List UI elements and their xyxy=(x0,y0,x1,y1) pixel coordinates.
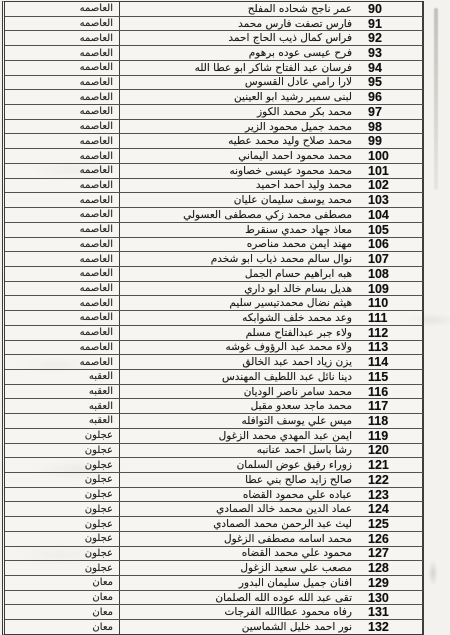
row-number-cell: 106 xyxy=(356,238,423,252)
row-number-cell: 103 xyxy=(356,193,423,207)
row-number-cell: 91 xyxy=(356,17,423,31)
row-number-cell: 130 xyxy=(356,591,423,605)
person-name-cell: هبه ابراهيم حسام الجمل xyxy=(119,267,356,281)
table-row: 97محمد بكر محمد الكوزالعاصمه xyxy=(5,105,423,120)
row-number-cell: 100 xyxy=(356,149,423,163)
region-name-cell: عجلون xyxy=(5,561,119,575)
person-name-cell: نوال سالم محمد ذياب ابو شخدم xyxy=(119,252,356,266)
table-row: 126محمد اسامه مصطفى الزغولعجلون xyxy=(5,532,423,547)
region-name-cell: العاصمه xyxy=(5,179,119,193)
table-row: 92فراس كمال ذيب الحاج احمدالعاصمه xyxy=(5,31,423,46)
row-number-cell: 104 xyxy=(356,208,423,222)
person-name-cell: فرح عيسى عوده برهوم xyxy=(119,46,356,60)
region-name-cell: العقبه xyxy=(5,399,119,413)
person-name-cell: فرسان عبد الفتاح شاكر ابو عطا الله xyxy=(119,61,356,75)
region-name-cell: العاصمه xyxy=(5,355,119,369)
table-row: 104مصطفى محمد زكي مصطفى العسوليالعاصمه xyxy=(5,208,423,223)
region-name-cell: العاصمه xyxy=(5,2,119,16)
scanned-page: 90عمر ناجح شحاده المفلحالعاصمه91فارس تصف… xyxy=(0,0,450,635)
person-name-cell: وعد محمد خلف الشوابكه xyxy=(119,311,356,325)
row-number-cell: 101 xyxy=(356,164,423,178)
table-row: 115دينا نائل عبد اللطيف المهندسالعقبه xyxy=(5,370,423,385)
person-name-cell: محمد سامر ناصر الوديان xyxy=(119,385,356,399)
row-number-cell: 128 xyxy=(356,561,423,575)
row-number-cell: 116 xyxy=(356,385,423,399)
person-name-cell: محمد وليد احمد احميد xyxy=(119,179,356,193)
region-name-cell: العاصمه xyxy=(5,341,119,355)
table-row: 111وعد محمد خلف الشوابكهالعاصمه xyxy=(5,311,423,326)
row-number-cell: 109 xyxy=(356,282,423,296)
person-name-cell: نور احمد خليل الشماسين xyxy=(119,620,356,634)
table-row: 114يزن زياد احمد عبد الخالقالعاصمه xyxy=(5,355,423,370)
table-row: 119ايمن عبد المهدي محمد الزغولعجلون xyxy=(5,429,423,444)
row-number-cell: 113 xyxy=(356,341,423,355)
row-number-cell: 105 xyxy=(356,223,423,237)
table-row: 107نوال سالم محمد ذياب ابو شخدمالعاصمه xyxy=(5,252,423,267)
region-name-cell: العاصمه xyxy=(5,252,119,266)
row-number-cell: 124 xyxy=(356,502,423,516)
row-number-cell: 102 xyxy=(356,179,423,193)
person-name-cell: عمر ناجح شحاده المفلح xyxy=(119,2,356,16)
row-number-cell: 118 xyxy=(356,414,423,428)
roster-table: 90عمر ناجح شحاده المفلحالعاصمه91فارس تصف… xyxy=(2,1,424,635)
table-row: 120رشا باسل احمد عنانبهعجلون xyxy=(5,444,423,459)
table-row: 113ولاء محمد عبد الرؤوف غوشهالعاصمه xyxy=(5,341,423,356)
region-name-cell: عجلون xyxy=(5,429,119,443)
table-row: 95لارا رامي عادل القسوسالعاصمه xyxy=(5,76,423,91)
region-name-cell: العاصمه xyxy=(5,296,119,310)
person-name-cell: لارا رامي عادل القسوس xyxy=(119,76,356,90)
row-number-cell: 96 xyxy=(356,90,423,104)
person-name-cell: محمود علي محمد القضاه xyxy=(119,547,356,561)
row-number-cell: 115 xyxy=(356,370,423,384)
person-name-cell: يزن زياد احمد عبد الخالق xyxy=(119,355,356,369)
region-name-cell: العاصمه xyxy=(5,90,119,104)
region-name-cell: عجلون xyxy=(5,547,119,561)
region-name-cell: العقبه xyxy=(5,385,119,399)
region-name-cell: عجلون xyxy=(5,444,119,458)
table-row: 99محمد صلاح وليد محمد عطيهالعاصمه xyxy=(5,134,423,149)
person-name-cell: مصعب علي سعيد الزغول xyxy=(119,561,356,575)
region-name-cell: العاصمه xyxy=(5,282,119,296)
person-name-cell: معاذ جهاد حمدي سنقرط xyxy=(119,223,356,237)
table-row: 128مصعب علي سعيد الزغولعجلون xyxy=(5,561,423,576)
table-row: 127محمود علي محمد القضاهعجلون xyxy=(5,547,423,562)
person-name-cell: تقى عبد الله عوده الله الصلمان xyxy=(119,591,356,605)
person-name-cell: محمد اسامه مصطفى الزغول xyxy=(119,532,356,546)
row-number-cell: 110 xyxy=(356,296,423,310)
table-row: 116محمد سامر ناصر الوديانالعقبه xyxy=(5,385,423,400)
person-name-cell: محمد ماجد سعدو مقبل xyxy=(119,399,356,413)
row-number-cell: 129 xyxy=(356,576,423,590)
table-row: 109هديل بسام خالد ابو داريالعاصمه xyxy=(5,282,423,297)
region-name-cell: العاصمه xyxy=(5,311,119,325)
person-name-cell: محمد جميل محمود الزير xyxy=(119,120,356,134)
row-number-cell: 108 xyxy=(356,267,423,281)
table-row: 131رفاه محمود عطاالله الفرجاتمعان xyxy=(5,605,423,620)
table-row: 100محمد محمود احمد اليمانيالعاصمه xyxy=(5,149,423,164)
region-name-cell: العاصمه xyxy=(5,208,119,222)
region-name-cell: عجلون xyxy=(5,473,119,487)
person-name-cell: هديل بسام خالد ابو داري xyxy=(119,282,356,296)
table-row: 121زوراء رفيق عوض السلمانعجلون xyxy=(5,458,423,473)
region-name-cell: عجلون xyxy=(5,488,119,502)
region-name-cell: العقبه xyxy=(5,370,119,384)
table-row: 93فرح عيسى عوده برهومالعاصمه xyxy=(5,46,423,61)
row-number-cell: 94 xyxy=(356,61,423,75)
table-row: 129افنان جميل سليمان البدورمعان xyxy=(5,576,423,591)
scan-edge-smudge xyxy=(434,8,438,190)
region-name-cell: العاصمه xyxy=(5,223,119,237)
table-row: 98محمد جميل محمود الزيرالعاصمه xyxy=(5,120,423,135)
region-name-cell: العاصمه xyxy=(5,120,119,134)
region-name-cell: معان xyxy=(5,576,119,590)
person-name-cell: ايمن عبد المهدي محمد الزغول xyxy=(119,429,356,443)
table-row: 118ميس علي يوسف التوافلهالعقبه xyxy=(5,414,423,429)
region-name-cell: العاصمه xyxy=(5,17,119,31)
region-name-cell: العاصمه xyxy=(5,238,119,252)
table-row: 105معاذ جهاد حمدي سنقرطالعاصمه xyxy=(5,223,423,238)
row-number-cell: 127 xyxy=(356,547,423,561)
table-row: 125ليث عبد الرحمن محمد الصماديعجلون xyxy=(5,517,423,532)
row-number-cell: 98 xyxy=(356,120,423,134)
table-row: 112ولاء جبر عبدالفتاح مسلمالعاصمه xyxy=(5,326,423,341)
region-name-cell: العاصمه xyxy=(5,134,119,148)
table-row: 108هبه ابراهيم حسام الجملالعاصمه xyxy=(5,267,423,282)
table-row: 132نور احمد خليل الشماسينمعان xyxy=(5,620,423,634)
person-name-cell: فارس تصفت فارس محمد xyxy=(119,17,356,31)
row-number-cell: 126 xyxy=(356,532,423,546)
table-row: 91فارس تصفت فارس محمدالعاصمه xyxy=(5,17,423,32)
person-name-cell: مصطفى محمد زكي مصطفى العسولي xyxy=(119,208,356,222)
person-name-cell: رشا باسل احمد عنانبه xyxy=(119,444,356,458)
region-name-cell: عجلون xyxy=(5,532,119,546)
person-name-cell: محمد صلاح وليد محمد عطيه xyxy=(119,134,356,148)
person-name-cell: عباده علي محمود القضاه xyxy=(119,488,356,502)
region-name-cell: العاصمه xyxy=(5,105,119,119)
region-name-cell: عجلون xyxy=(5,458,119,472)
person-name-cell: رفاه محمود عطاالله الفرجات xyxy=(119,605,356,619)
table-row: 117محمد ماجد سعدو مقبلالعقبه xyxy=(5,399,423,414)
row-number-cell: 122 xyxy=(356,473,423,487)
person-name-cell: دينا نائل عبد اللطيف المهندس xyxy=(119,370,356,384)
table-row: 94فرسان عبد الفتاح شاكر ابو عطا اللهالعا… xyxy=(5,61,423,76)
table-row: 110هيثم نضال محمدتيسير سليمالعاصمه xyxy=(5,296,423,311)
person-name-cell: ولاء جبر عبدالفتاح مسلم xyxy=(119,326,356,340)
table-row: 106مهند ايمن محمد مناصرهالعاصمه xyxy=(5,238,423,253)
table-row: 124عماد الدين محمد خالد الصماديعجلون xyxy=(5,502,423,517)
region-name-cell: معان xyxy=(5,605,119,619)
region-name-cell: العاصمه xyxy=(5,193,119,207)
table-row: 101محمد محمود عيسى خصاونهالعاصمه xyxy=(5,164,423,179)
person-name-cell: زوراء رفيق عوض السلمان xyxy=(119,458,356,472)
region-name-cell: العاصمه xyxy=(5,267,119,281)
row-number-cell: 131 xyxy=(356,605,423,619)
row-number-cell: 97 xyxy=(356,105,423,119)
person-name-cell: ليث عبد الرحمن محمد الصمادي xyxy=(119,517,356,531)
row-number-cell: 125 xyxy=(356,517,423,531)
person-name-cell: محمد محمود احمد اليماني xyxy=(119,149,356,163)
person-name-cell: صالح زايد صالح بني عطا xyxy=(119,473,356,487)
region-name-cell: معان xyxy=(5,620,119,634)
row-number-cell: 107 xyxy=(356,252,423,266)
row-number-cell: 95 xyxy=(356,76,423,90)
table-row: 122صالح زايد صالح بني عطاعجلون xyxy=(5,473,423,488)
region-name-cell: العاصمه xyxy=(5,164,119,178)
person-name-cell: محمد محمود عيسى خصاونه xyxy=(119,164,356,178)
region-name-cell: العاصمه xyxy=(5,326,119,340)
row-number-cell: 92 xyxy=(356,31,423,45)
region-name-cell: العاصمه xyxy=(5,76,119,90)
row-number-cell: 132 xyxy=(356,620,423,634)
table-row: 103محمد يوسف سليمان عليانالعاصمه xyxy=(5,193,423,208)
person-name-cell: عماد الدين محمد خالد الصمادي xyxy=(119,502,356,516)
row-number-cell: 93 xyxy=(356,46,423,60)
table-row: 123عباده علي محمود القضاهعجلون xyxy=(5,488,423,503)
region-name-cell: العاصمه xyxy=(5,61,119,75)
person-name-cell: فراس كمال ذيب الحاج احمد xyxy=(119,31,356,45)
row-number-cell: 123 xyxy=(356,488,423,502)
row-number-cell: 90 xyxy=(356,2,423,16)
row-number-cell: 120 xyxy=(356,444,423,458)
region-name-cell: العقبه xyxy=(5,414,119,428)
region-name-cell: العاصمه xyxy=(5,46,119,60)
person-name-cell: افنان جميل سليمان البدور xyxy=(119,576,356,590)
table-row: 102محمد وليد احمد احميدالعاصمه xyxy=(5,179,423,194)
table-row: 130تقى عبد الله عوده الله الصلمانمعان xyxy=(5,591,423,606)
region-name-cell: عجلون xyxy=(5,517,119,531)
person-name-cell: محمد يوسف سليمان عليان xyxy=(119,193,356,207)
person-name-cell: ولاء محمد عبد الرؤوف غوشه xyxy=(119,341,356,355)
row-number-cell: 117 xyxy=(356,399,423,413)
region-name-cell: معان xyxy=(5,591,119,605)
row-number-cell: 121 xyxy=(356,458,423,472)
person-name-cell: مهند ايمن محمد مناصره xyxy=(119,238,356,252)
person-name-cell: لبنى سمير رشيد ابو العينين xyxy=(119,90,356,104)
region-name-cell: العاصمه xyxy=(5,149,119,163)
row-number-cell: 99 xyxy=(356,134,423,148)
row-number-cell: 119 xyxy=(356,429,423,443)
table-row: 96لبنى سمير رشيد ابو العينينالعاصمه xyxy=(5,90,423,105)
table-row: 90عمر ناجح شحاده المفلحالعاصمه xyxy=(5,2,423,17)
row-number-cell: 111 xyxy=(356,311,423,325)
person-name-cell: محمد بكر محمد الكوز xyxy=(119,105,356,119)
region-name-cell: عجلون xyxy=(5,502,119,516)
row-number-cell: 114 xyxy=(356,355,423,369)
scan-noise-blob xyxy=(428,560,438,586)
person-name-cell: ميس علي يوسف التوافله xyxy=(119,414,356,428)
region-name-cell: العاصمه xyxy=(5,31,119,45)
row-number-cell: 112 xyxy=(356,326,423,340)
person-name-cell: هيثم نضال محمدتيسير سليم xyxy=(119,296,356,310)
